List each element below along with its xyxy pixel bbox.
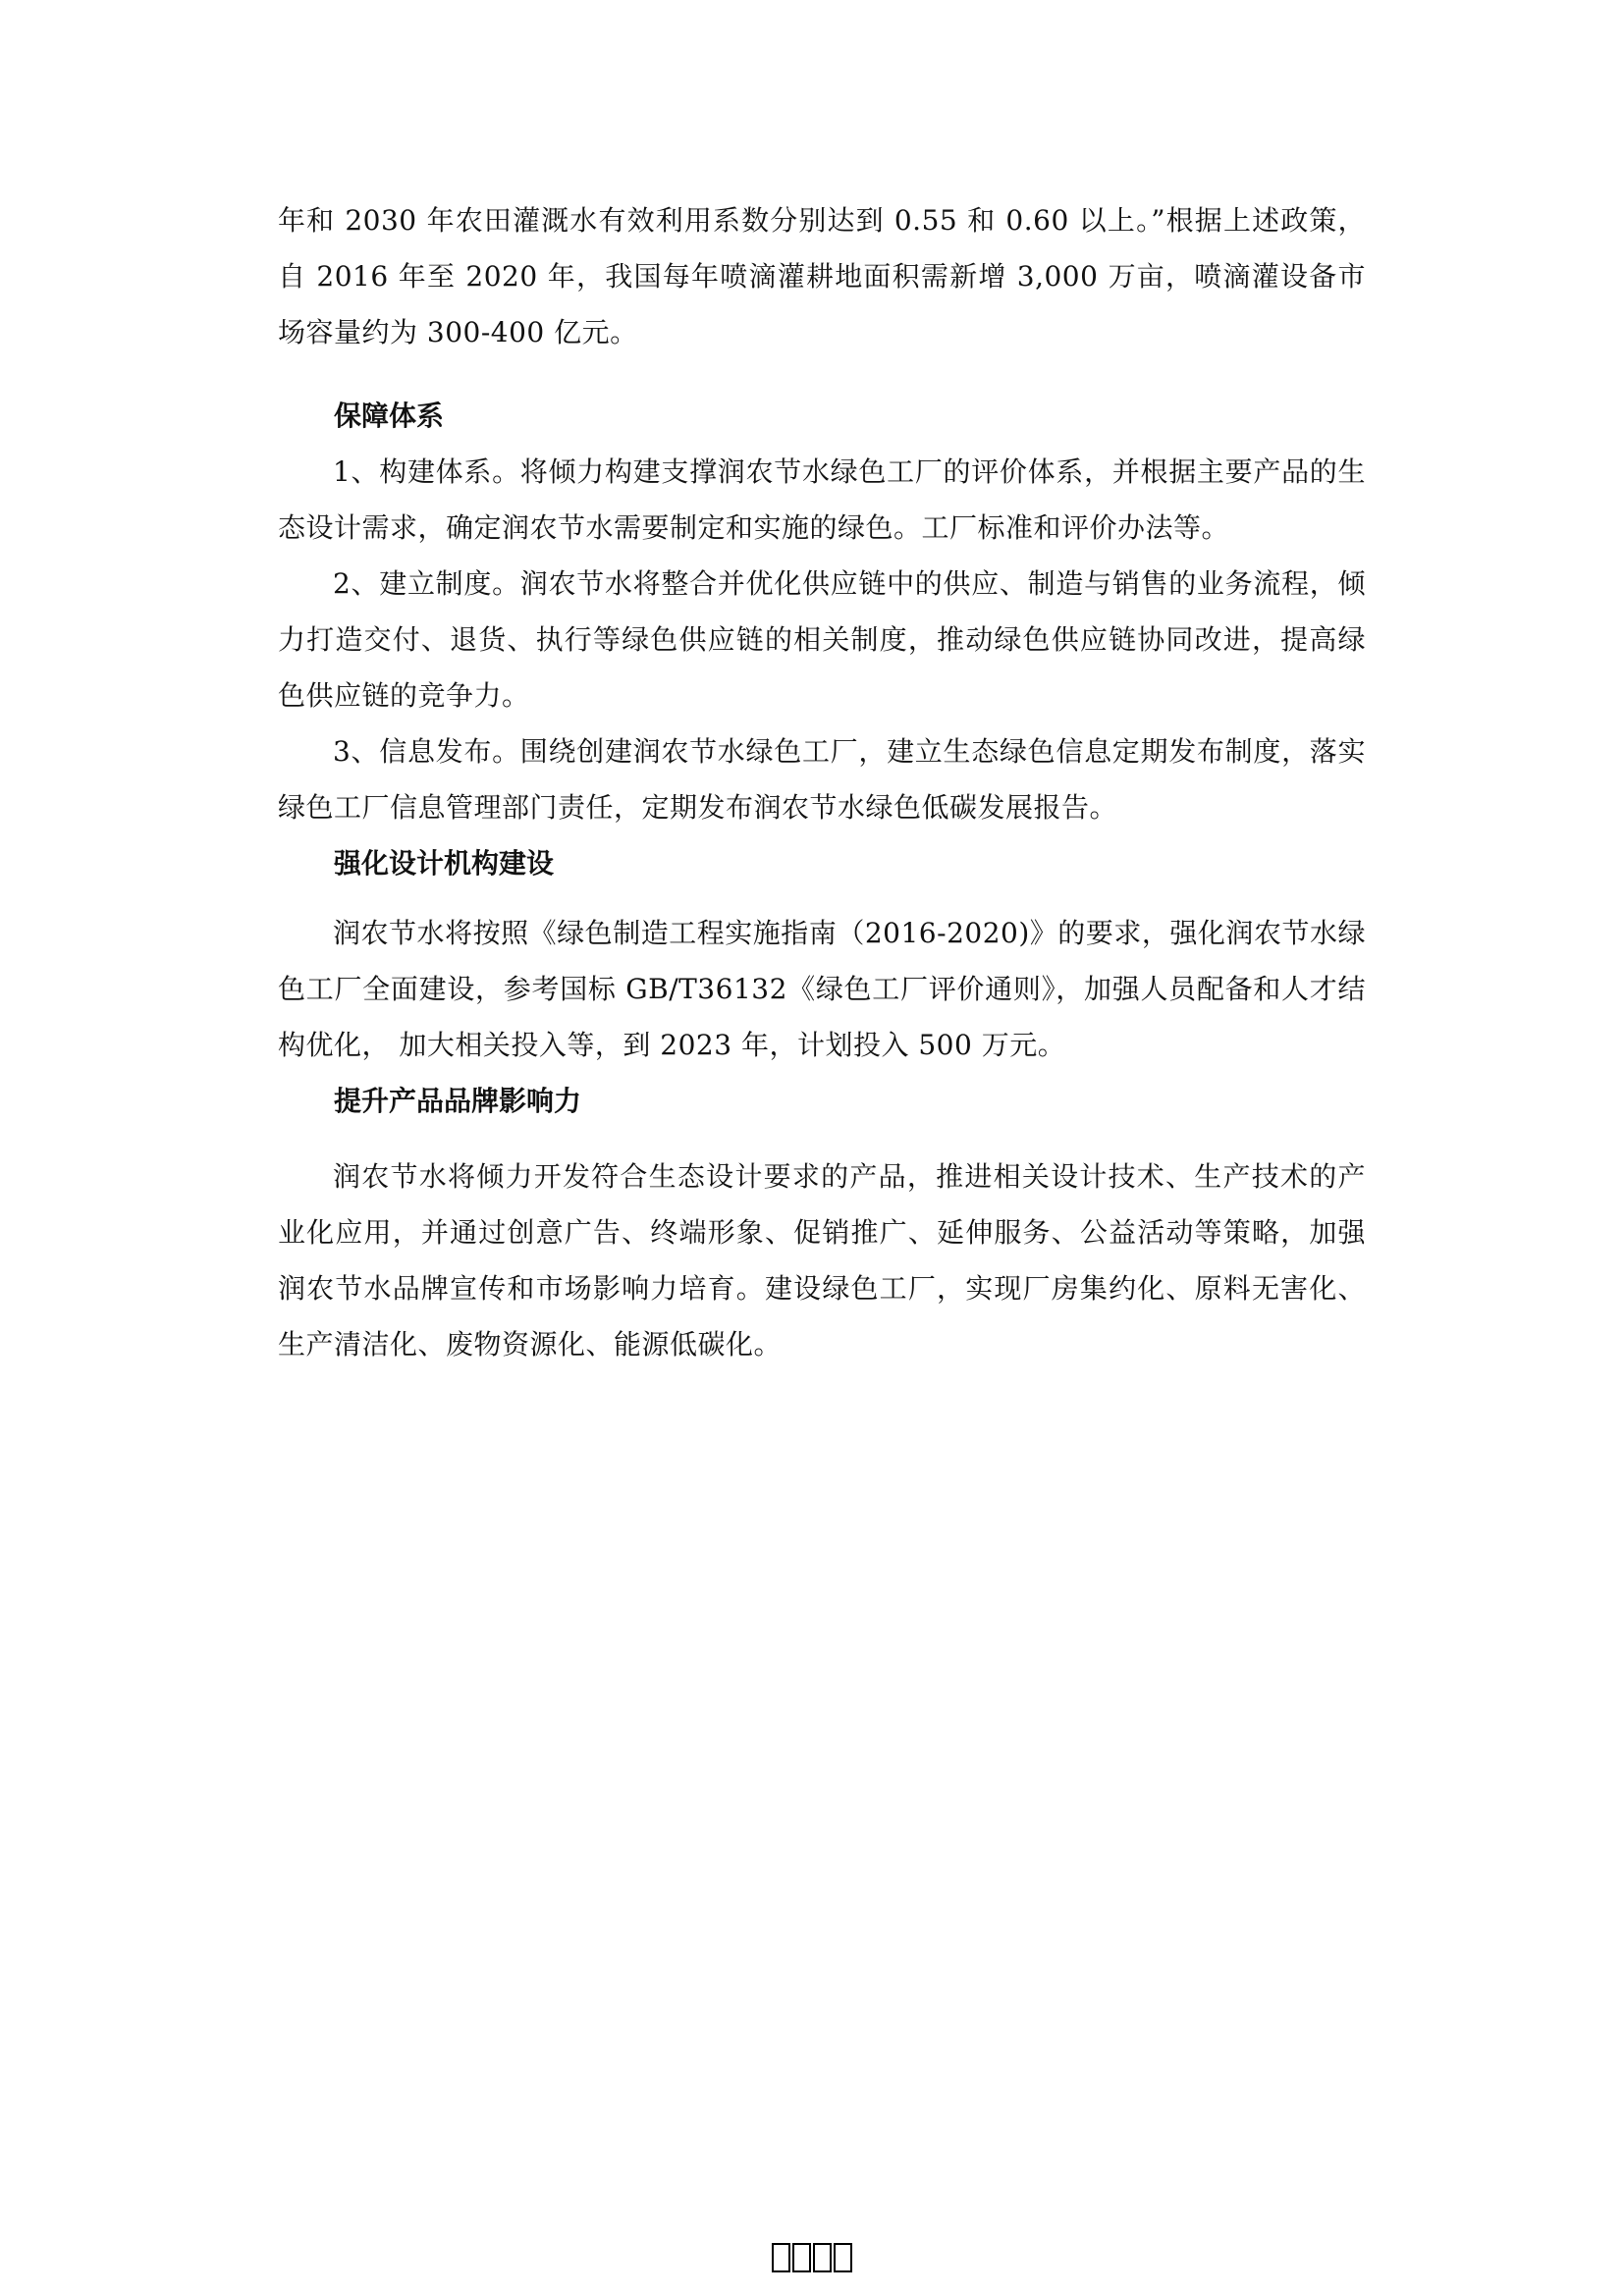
missing-glyph-icon (792, 2243, 811, 2272)
spacer (278, 1129, 1366, 1148)
page-footer (0, 2239, 1624, 2273)
missing-glyph-icon (772, 2243, 790, 2272)
section-brand-influence: 提升产品品牌影响力 润农节水将倾力开发符合生态设计要求的产品，推进相关设计技术、… (278, 1073, 1366, 1372)
paragraph-design-institution: 润农节水将按照《绿色制造工程实施指南（2016-2020)》的要求，强化润农节水… (278, 905, 1366, 1073)
continuation-paragraph: 年和 2030 年农田灌溉水有效利用系数分别达到 0.55 和 0.60 以上。… (278, 192, 1366, 360)
spacer (278, 891, 1366, 905)
missing-glyph-icon (834, 2243, 852, 2272)
section-guarantee-system: 保障体系 1、构建体系。将倾力构建支撑润农节水绿色工厂的评价体系，并根据主要产品… (278, 388, 1366, 835)
section-heading: 强化设计机构建设 (278, 835, 1366, 891)
section-heading: 保障体系 (278, 388, 1366, 444)
paragraph-info-release: 3、信息发布。围绕创建润农节水绿色工厂，建立生态绿色信息定期发布制度，落实绿色工… (278, 723, 1366, 835)
page-number (771, 2239, 853, 2273)
section-design-institution: 强化设计机构建设 润农节水将按照《绿色制造工程实施指南（2016-2020)》的… (278, 835, 1366, 1073)
paragraph-build-system: 1、构建体系。将倾力构建支撑润农节水绿色工厂的评价体系，并根据主要产品的生态设计… (278, 444, 1366, 556)
spacer (278, 360, 1366, 388)
document-page: 年和 2030 年农田灌溉水有效利用系数分别达到 0.55 和 0.60 以上。… (278, 192, 1366, 1372)
section-heading: 提升产品品牌影响力 (278, 1073, 1366, 1129)
paragraph-establish-rules: 2、建立制度。润农节水将整合并优化供应链中的供应、制造与销售的业务流程，倾力打造… (278, 556, 1366, 723)
missing-glyph-icon (813, 2243, 832, 2272)
paragraph-brand-influence: 润农节水将倾力开发符合生态设计要求的产品，推进相关设计技术、生产技术的产业化应用… (278, 1148, 1366, 1372)
